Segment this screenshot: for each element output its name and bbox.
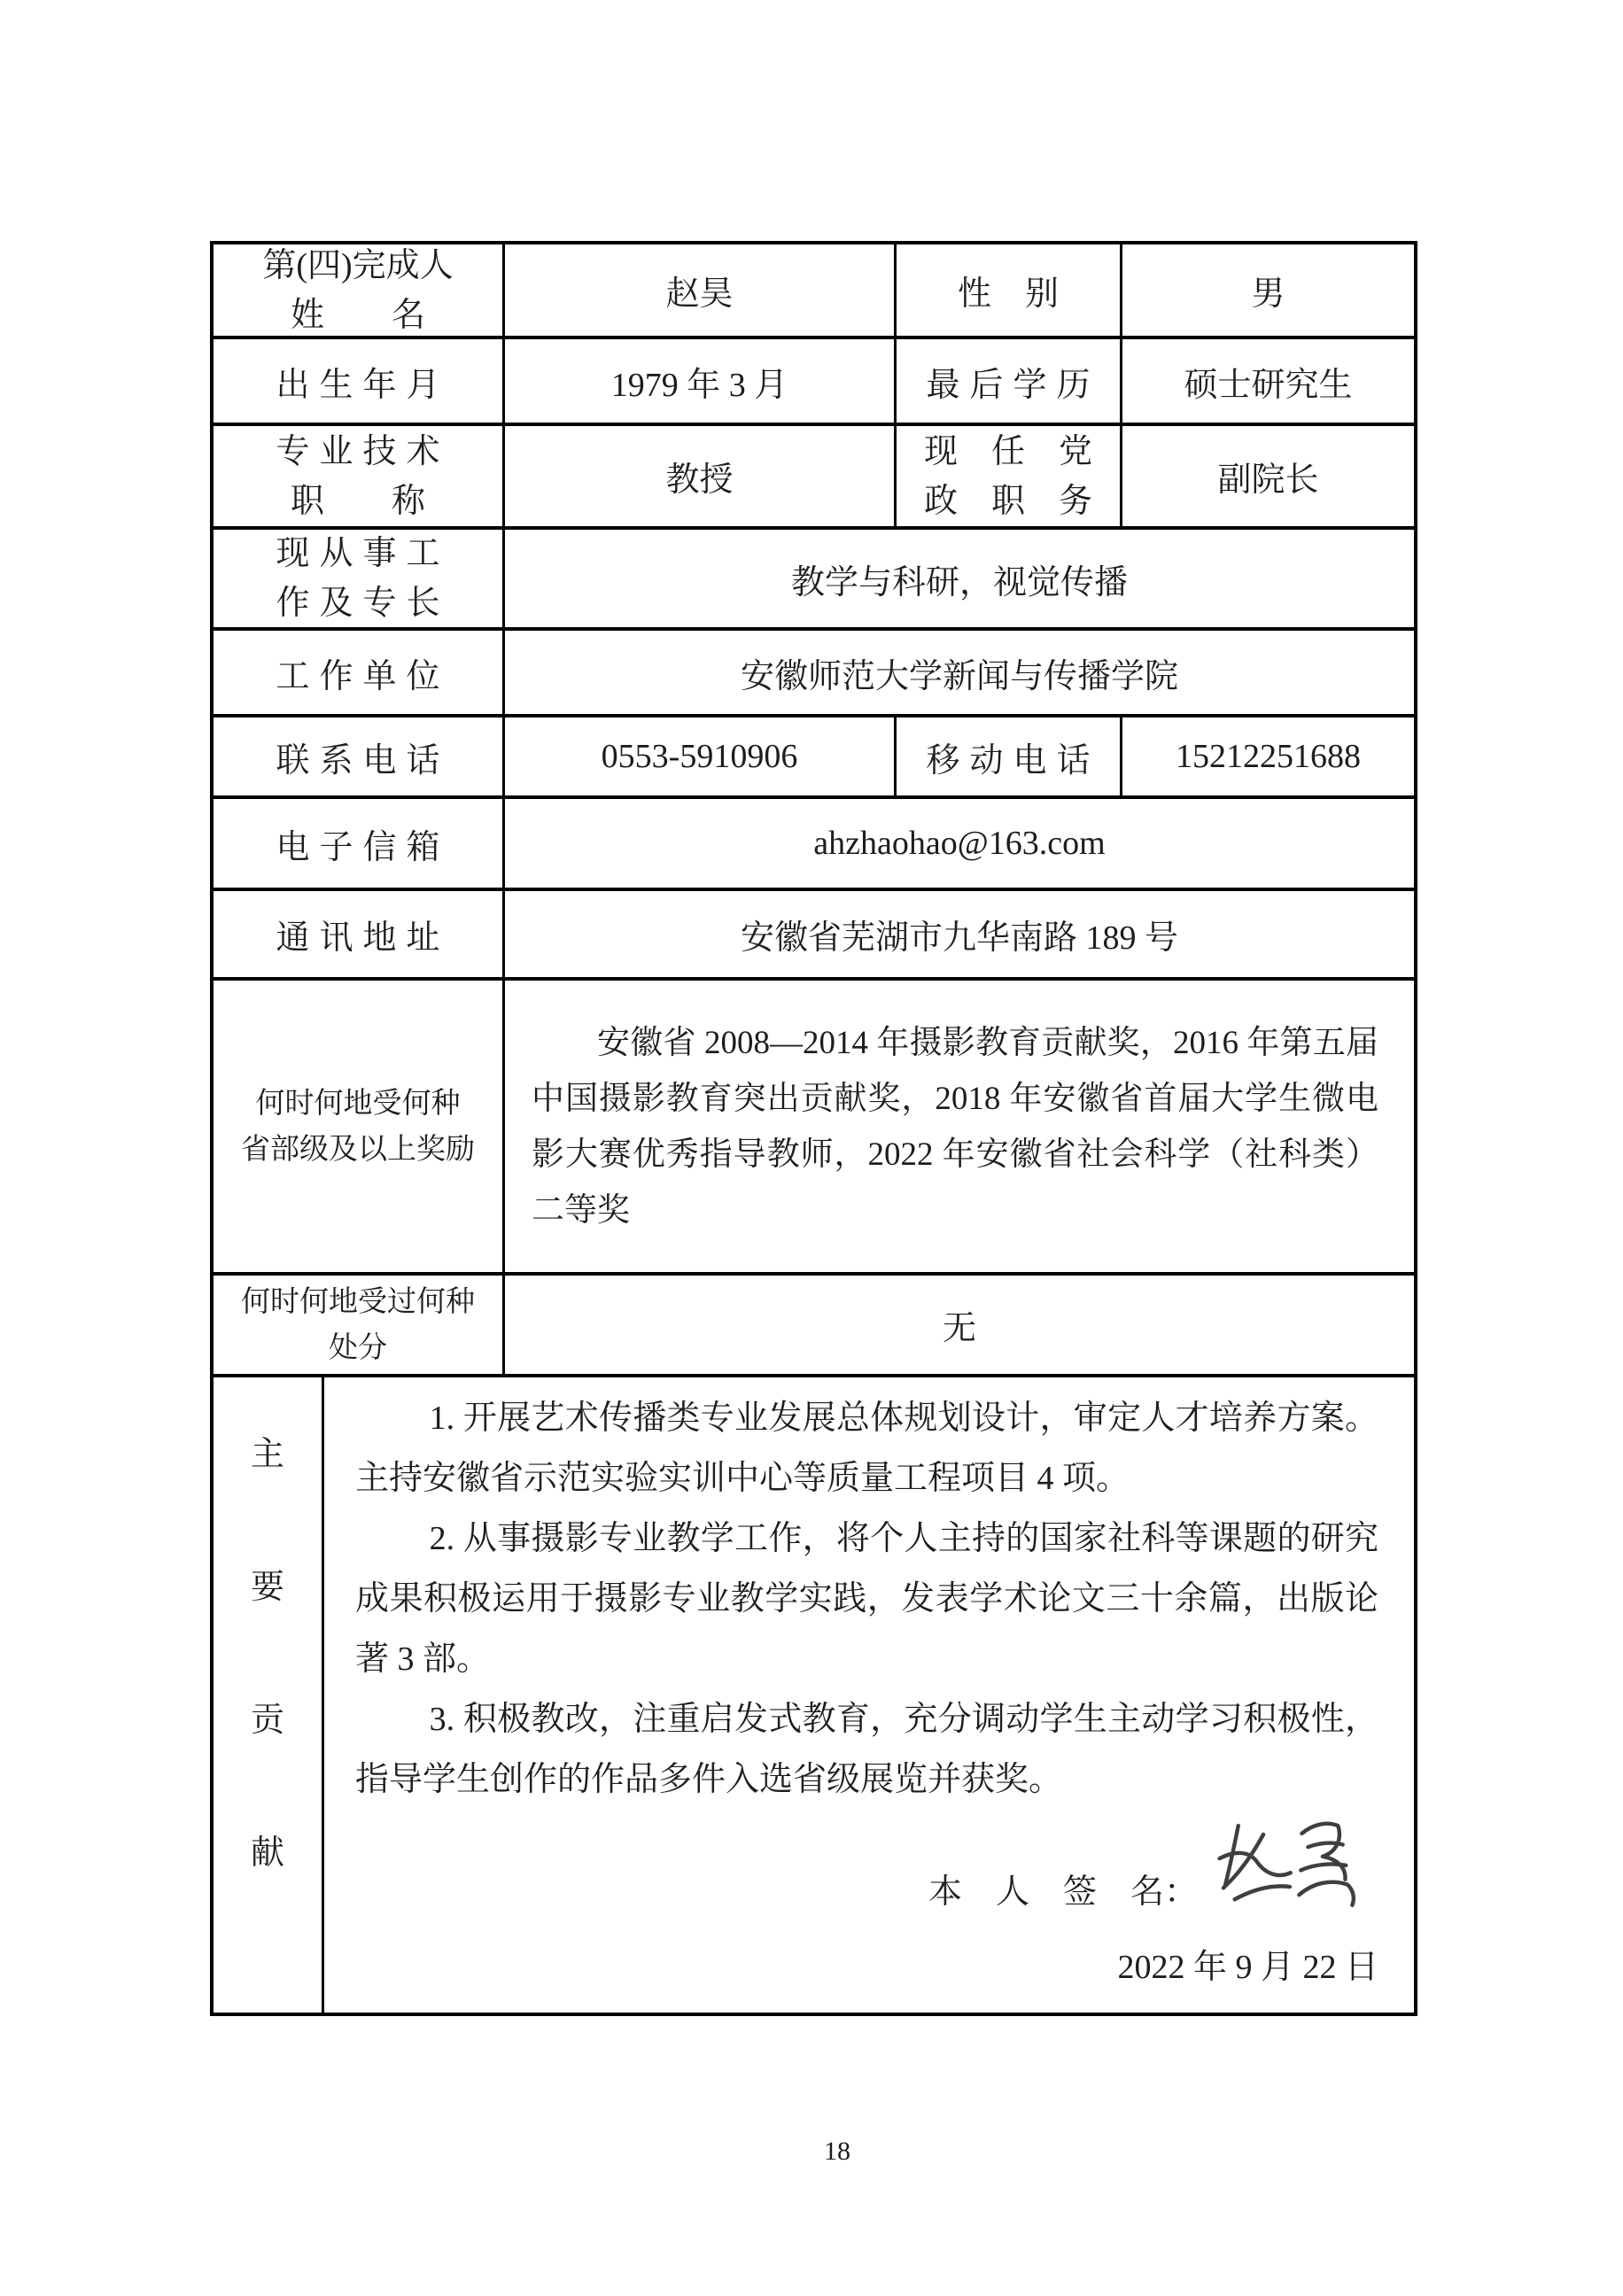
field-gender-label: 性 别 [897,244,1122,336]
field-work-label-line2: 作及专长 [266,578,449,627]
field-contribution-value: 1. 开展艺术传播类专业发展总体规划设计，审定人才培养方案。主持安徽省示范实验实… [324,1377,1414,2013]
table-row-birth: 出生年月 1979 年 3 月 最后学历 硕士研究生 [214,339,1414,426]
table-row-awards: 何时何地受何种 省部级及以上奖励 安徽省 2008—2014 年摄影教育贡献奖，… [214,981,1414,1276]
field-phone-value: 0553-5910906 [505,717,897,795]
field-name-label-line1: 第(四)完成人 [262,244,453,291]
field-work-value: 教学与科研，视觉传播 [505,530,1414,627]
table-row-email: 电子信箱 ahzhaohao@163.com [214,799,1414,891]
field-duty-label-line1: 现 任 党 [924,427,1092,477]
table-row-name: 第(四)完成人 姓 名 赵昊 性 别 男 [214,244,1414,339]
field-employer-value: 安徽师范大学新闻与传播学院 [505,631,1414,714]
field-education-label: 最后学历 [897,339,1122,423]
contribution-label-char-1: 主 [251,1438,284,1471]
table-row-address: 通讯地址 安徽省芜湖市九华南路 189 号 [214,891,1414,981]
table-row-phone: 联系电话 0553-5910906 移动电话 15212251688 [214,717,1414,799]
field-punishment-label-line2: 处分 [329,1325,387,1371]
field-title-label: 专业技术 职 称 [214,426,505,526]
table-row-contribution: 主 要 贡 献 1. 开展艺术传播类专业发展总体规划设计，审定人才培养方案。主持… [214,1377,1414,2013]
field-education-value: 硕士研究生 [1122,339,1414,423]
signature-handwriting [1207,1803,1382,1928]
field-contribution-label: 主 要 贡 献 [214,1377,324,2013]
personnel-form-table: 第(四)完成人 姓 名 赵昊 性 别 男 出生年月 1979 年 3 月 最后学… [210,241,1417,2016]
field-email-label: 电子信箱 [214,799,505,888]
field-duty-value: 副院长 [1122,426,1414,526]
field-punishment-label: 何时何地受过何种 处分 [214,1276,505,1374]
field-title-label-line2: 职 称 [291,477,425,526]
field-punishment-label-line1: 何时何地受过何种 [241,1279,475,1325]
table-row-title: 专业技术 职 称 教授 现 任 党 政 职 务 副院长 [214,426,1414,530]
field-address-label: 通讯地址 [214,891,505,977]
contribution-paragraph-1: 1. 开展艺术传播类专业发展总体规划设计，审定人才培养方案。主持安徽省示范实验实… [355,1388,1378,1509]
field-employer-label: 工作单位 [214,631,505,714]
field-name-label-line2: 姓 名 [291,291,425,337]
signature-date: 2022 年 9 月 22 日 [355,1950,1378,1985]
field-birth-value: 1979 年 3 月 [505,339,897,423]
field-punishment-value: 无 [505,1276,1414,1374]
signature-row: 本 人 签 名： [355,1852,1378,1923]
contribution-paragraph-2: 2. 从事摄影专业教学工作，将个人主持的国家社科等课题的研究成果积极运用于摄影专… [355,1509,1378,1689]
table-row-punishment: 何时何地受过何种 处分 无 [214,1276,1414,1377]
field-phone-label: 联系电话 [214,717,505,795]
page-number: 18 [802,2137,873,2167]
contribution-paragraph-3: 3. 积极教改，注重启发式教育，充分调动学生主动学习积极性，指导学生创作的作品多… [355,1689,1378,1810]
contribution-label-char-4: 献 [251,1836,284,1870]
field-address-value: 安徽省芜湖市九华南路 189 号 [505,891,1414,977]
field-awards-value: 安徽省 2008—2014 年摄影教育贡献奖，2016 年第五届中国摄影教育突出… [505,981,1414,1272]
awards-text: 安徽省 2008—2014 年摄影教育贡献奖，2016 年第五届中国摄影教育突出… [532,1015,1378,1238]
field-email-value: ahzhaohao@163.com [505,799,1414,888]
field-birth-label: 出生年月 [214,339,505,423]
field-awards-label-line2: 省部级及以上奖励 [241,1127,475,1173]
signature-label: 本 人 签 名： [928,1864,1198,1912]
table-row-work: 现从事工 作及专长 教学与科研，视觉传播 [214,530,1414,631]
field-name-value: 赵昊 [505,244,897,336]
field-mobile-value: 15212251688 [1122,717,1414,795]
field-title-value: 教授 [505,426,897,526]
field-work-label: 现从事工 作及专长 [214,530,505,627]
field-work-label-line1: 现从事工 [266,530,449,578]
field-awards-label: 何时何地受何种 省部级及以上奖励 [214,981,505,1272]
field-awards-label-line1: 何时何地受何种 [256,1081,461,1127]
field-title-label-line1: 专业技术 [266,427,449,477]
field-duty-label-line2: 政 职 务 [924,477,1092,526]
field-mobile-label: 移动电话 [897,717,1122,795]
field-name-label: 第(四)完成人 姓 名 [214,244,505,336]
field-duty-label: 现 任 党 政 职 务 [897,426,1122,526]
document-page: 第(四)完成人 姓 名 赵昊 性 别 男 出生年月 1979 年 3 月 最后学… [0,0,1623,2296]
table-row-employer: 工作单位 安徽师范大学新闻与传播学院 [214,631,1414,717]
contribution-label-char-3: 贡 [251,1703,284,1737]
field-gender-value: 男 [1122,244,1414,336]
contribution-label-char-2: 要 [251,1571,284,1604]
